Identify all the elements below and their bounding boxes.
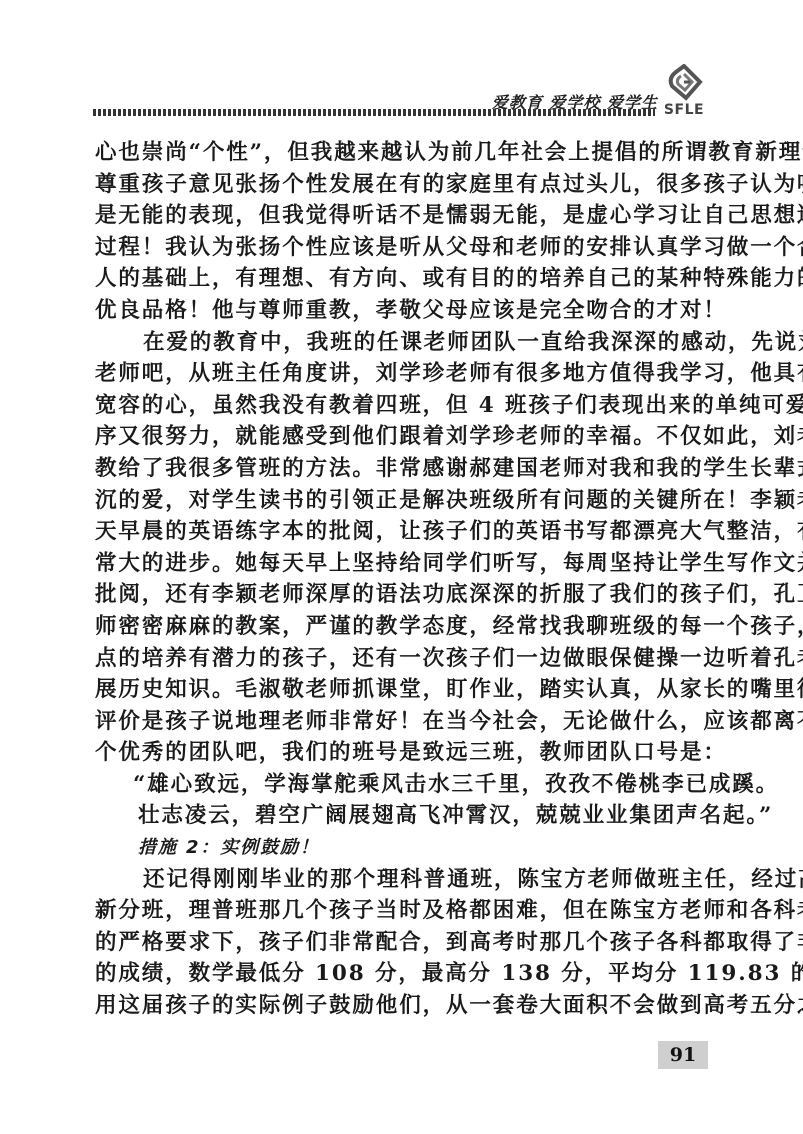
text-line: 批阅，还有李颖老师深厚的语法功底深深的折服了我们的孩子们，孔卫华老: [95, 579, 710, 611]
slogan-line: 壮志凌云，碧空广阔展翅高飞冲霄汉，兢兢业业集团声名起。”: [95, 800, 710, 832]
text-line: 宽容的心，虽然我没有教着四班，但 4 班孩子们表现出来的单纯可爱、有秩: [95, 390, 710, 422]
text-line: 师密密麻麻的教案，严谨的教学态度，经常找我聊班级的每一个孩子，有重: [95, 611, 710, 643]
text-line: 常大的进步。她每天早上坚持给同学们听写，每周坚持让学生写作文并坚持: [95, 548, 710, 580]
text-line: 老师吧，从班主任角度讲，刘学珍老师有很多地方值得我学习，他具有一颗: [95, 358, 710, 390]
text-line: 尊重孩子意见张扬个性发展在有的家庭里有点过头儿，很多孩子认为听话就: [95, 169, 710, 201]
sfle-logo: SFLE: [660, 64, 708, 122]
text-line: 沉的爱，对学生读书的引领正是解决班级所有问题的关键所在！李颖老师每: [95, 485, 710, 517]
text-line: 人的基础上，有理想、有方向、或有目的的培养自己的某种特殊能力的一种: [95, 263, 710, 295]
page-body: 心也崇尚“个性”，但我越来越认为前几年社会上提倡的所谓教育新理念， 尊重孩子意见…: [95, 137, 710, 1022]
text-line: 教给了我很多管班的方法。非常感谢郝建国老师对我和我的学生长辈式的深: [95, 453, 710, 485]
text-line: 序又很努力，就能感受到他们跟着刘学珍老师的幸福。不仅如此，刘老师还: [95, 421, 710, 453]
text-line: 的成绩，数学最低分 108 分，最高分 138 分，平均分 119.83 的成绩…: [95, 958, 710, 990]
text-line: 用这届孩子的实际例子鼓励他们，从一套卷大面积不会做到高考五分之四的: [95, 990, 710, 1022]
logo-text: SFLE: [660, 102, 708, 118]
text-line: 是无能的表现，但我觉得听话不是懦弱无能，是虚心学习让自己思想进步的: [95, 200, 710, 232]
page-number: 91: [658, 1041, 708, 1069]
text-line: 评价是孩子说地理老师非常好！在当今社会，无论做什么，应该都离不开一: [95, 706, 710, 738]
text-line: 过程！我认为张扬个性应该是听从父母和老师的安排认真学习做一个合格的: [95, 232, 710, 264]
header-dashed-rule: [93, 109, 655, 116]
paragraph-3: 还记得刚刚毕业的那个理科普通班，陈宝方老师做班主任，经过高三重 新分班，理普班那…: [95, 864, 710, 1022]
slogan-line: “雄心致远，学海掌舵乘风击水三千里，孜孜不倦桃李已成蹊。: [95, 769, 710, 801]
text-line: 优良品格！他与尊师重教，孝敬父母应该是完全吻合的才对！: [95, 295, 710, 327]
measure-heading: 措施 2：实例鼓励！: [95, 832, 710, 864]
text-line: 心也崇尚“个性”，但我越来越认为前几年社会上提倡的所谓教育新理念，: [95, 137, 710, 169]
text-line: 点的培养有潜力的孩子，还有一次孩子们一边做眼保健操一边听着孔老师拓: [95, 643, 710, 675]
page-header: 爱教育 爱学校 爱学生 SFLE: [0, 0, 803, 125]
text-line: 个优秀的团队吧，我们的班号是致远三班，教师团队口号是：: [95, 737, 710, 769]
text-line: 新分班，理普班那几个孩子当时及格都困难，但在陈宝方老师和各科老师的: [95, 895, 710, 927]
text-line: 还记得刚刚毕业的那个理科普通班，陈宝方老师做班主任，经过高三重: [95, 864, 710, 896]
sfle-logo-icon: [664, 64, 704, 102]
paragraph-2: 在爱的教育中，我班的任课老师团队一直给我深深的感动，先说刘学珍 老师吧，从班主任…: [95, 327, 710, 769]
paragraph-1: 心也崇尚“个性”，但我越来越认为前几年社会上提倡的所谓教育新理念， 尊重孩子意见…: [95, 137, 710, 327]
text-line: 在爱的教育中，我班的任课老师团队一直给我深深的感动，先说刘学珍: [95, 327, 710, 359]
text-line: 展历史知识。毛淑敬老师抓课堂，盯作业，踏实认真，从家长的嘴里得到的: [95, 674, 710, 706]
class-slogan: “雄心致远，学海掌舵乘风击水三千里，孜孜不倦桃李已成蹊。 壮志凌云，碧空广阔展翅…: [95, 769, 710, 832]
text-line: 的严格要求下，孩子们非常配合，到高考时那几个孩子各科都取得了非常好: [95, 927, 710, 959]
text-line: 天早晨的英语练字本的批阅，让孩子们的英语书写都漂亮大气整洁，有了非: [95, 516, 710, 548]
